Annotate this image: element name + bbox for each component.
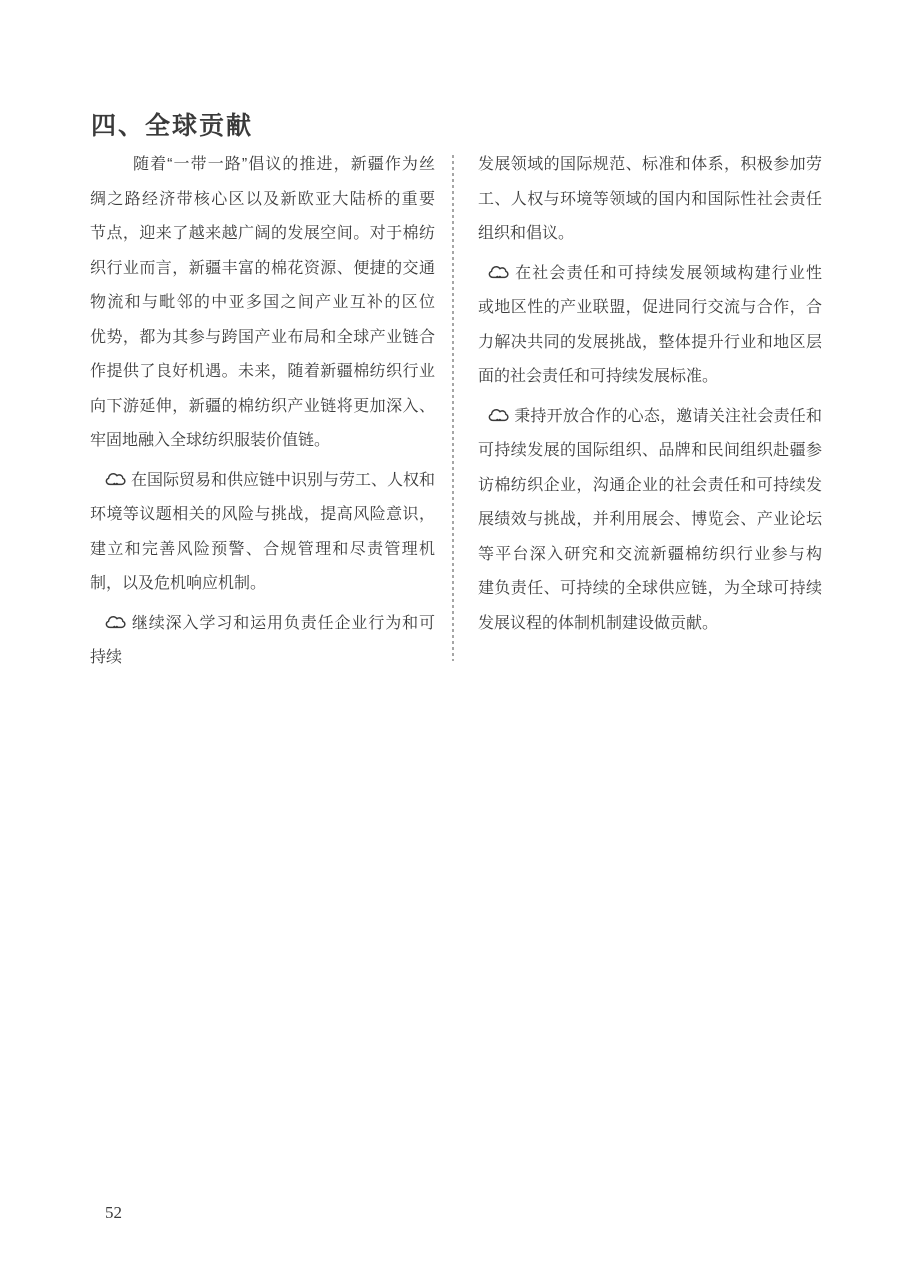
text-line: 环境等议题相关的风险与挑战，提高风险意识， — [90, 498, 435, 533]
bullet-item: 秉持开放合作的心态，邀请关注社会责任和可持续发展的国际组织、品牌和民间组织赴疆参… — [478, 400, 822, 642]
cotton-boll-icon — [105, 614, 126, 630]
text-line: 制，以及危机响应机制。 — [90, 567, 435, 602]
text-line: 秉持开放合作的心态，邀请关注社会责任和 — [478, 400, 822, 435]
cotton-boll-icon — [105, 471, 126, 487]
cotton-boll-icon — [488, 264, 509, 280]
continuation-paragraph: 发展领域的国际规范、标准和体系，积极参加劳工、人权与环境等领域的国内和国际性社会… — [478, 148, 822, 252]
text-line: 等平台深入研究和交流新疆棉纺织行业参与构 — [478, 538, 822, 573]
bullet-item: 在社会责任和可持续发展领域构建行业性或地区性的产业联盟，促进同行交流与合作，合力… — [478, 257, 822, 395]
right-column: 发展领域的国际规范、标准和体系，积极参加劳工、人权与环境等领域的国内和国际性社会… — [478, 148, 822, 641]
text-line: 继续深入学习和运用负责任企业行为和可 — [90, 607, 435, 642]
text-line: 访棉纺织企业，沟通企业的社会责任和可持续发 — [478, 469, 822, 504]
bullet-item: 继续深入学习和运用负责任企业行为和可持续 — [90, 607, 435, 676]
text-line: 织行业而言，新疆丰富的棉花资源、便捷的交通 — [90, 252, 435, 287]
cotton-boll-icon — [488, 407, 509, 423]
text-line: 持续 — [90, 641, 435, 676]
text-line: 向下游延伸，新疆的棉纺织产业链将更加深入、 — [90, 390, 435, 425]
document-page: 四、全球贡献 随着“一带一路”倡议的推进，新疆作为丝绸之路经济带核心区以及新欧亚… — [0, 0, 900, 1272]
paragraph: 随着“一带一路”倡议的推进，新疆作为丝绸之路经济带核心区以及新欧亚大陆桥的重要节… — [90, 148, 435, 459]
text-line: 可持续发展的国际组织、品牌和民间组织赴疆参 — [478, 434, 822, 469]
text-line: 作提供了良好机遇。未来，随着新疆棉纺织行业 — [90, 355, 435, 390]
text-line: 节点，迎来了越来越广阔的发展空间。对于棉纺 — [90, 217, 435, 252]
text-line: 发展议程的体制机制建设做贡献。 — [478, 607, 822, 642]
text-line: 展绩效与挑战，并利用展会、博览会、产业论坛 — [478, 503, 822, 538]
column-divider — [452, 155, 454, 661]
page-number: 52 — [105, 1196, 122, 1230]
text-line: 在国际贸易和供应链中识别与劳工、人权和 — [90, 464, 435, 499]
text-line: 或地区性的产业联盟，促进同行交流与合作，合 — [478, 291, 822, 326]
text-line: 在社会责任和可持续发展领域构建行业性 — [478, 257, 822, 292]
text-line: 牢固地融入全球纺织服装价值链。 — [90, 424, 435, 459]
section-heading: 四、全球贡献 — [91, 106, 253, 142]
text-line: 优势，都为其参与跨国产业布局和全球产业链合 — [90, 321, 435, 356]
text-line: 工、人权与环境等领域的国内和国际性社会责任 — [478, 183, 822, 218]
left-column: 随着“一带一路”倡议的推进，新疆作为丝绸之路经济带核心区以及新欧亚大陆桥的重要节… — [90, 148, 435, 676]
text-line: 建立和完善风险预警、合规管理和尽责管理机 — [90, 533, 435, 568]
bullet-item: 在国际贸易和供应链中识别与劳工、人权和环境等议题相关的风险与挑战，提高风险意识，… — [90, 464, 435, 602]
text-line: 发展领域的国际规范、标准和体系，积极参加劳 — [478, 148, 822, 183]
text-line: 随着“一带一路”倡议的推进，新疆作为丝 — [90, 148, 435, 183]
text-line: 物流和与毗邻的中亚多国之间产业互补的区位 — [90, 286, 435, 321]
text-line: 绸之路经济带核心区以及新欧亚大陆桥的重要 — [90, 183, 435, 218]
text-line: 面的社会责任和可持续发展标准。 — [478, 360, 822, 395]
text-line: 力解决共同的发展挑战，整体提升行业和地区层 — [478, 326, 822, 361]
text-line: 组织和倡议。 — [478, 217, 822, 252]
text-line: 建负责任、可持续的全球供应链，为全球可持续 — [478, 572, 822, 607]
